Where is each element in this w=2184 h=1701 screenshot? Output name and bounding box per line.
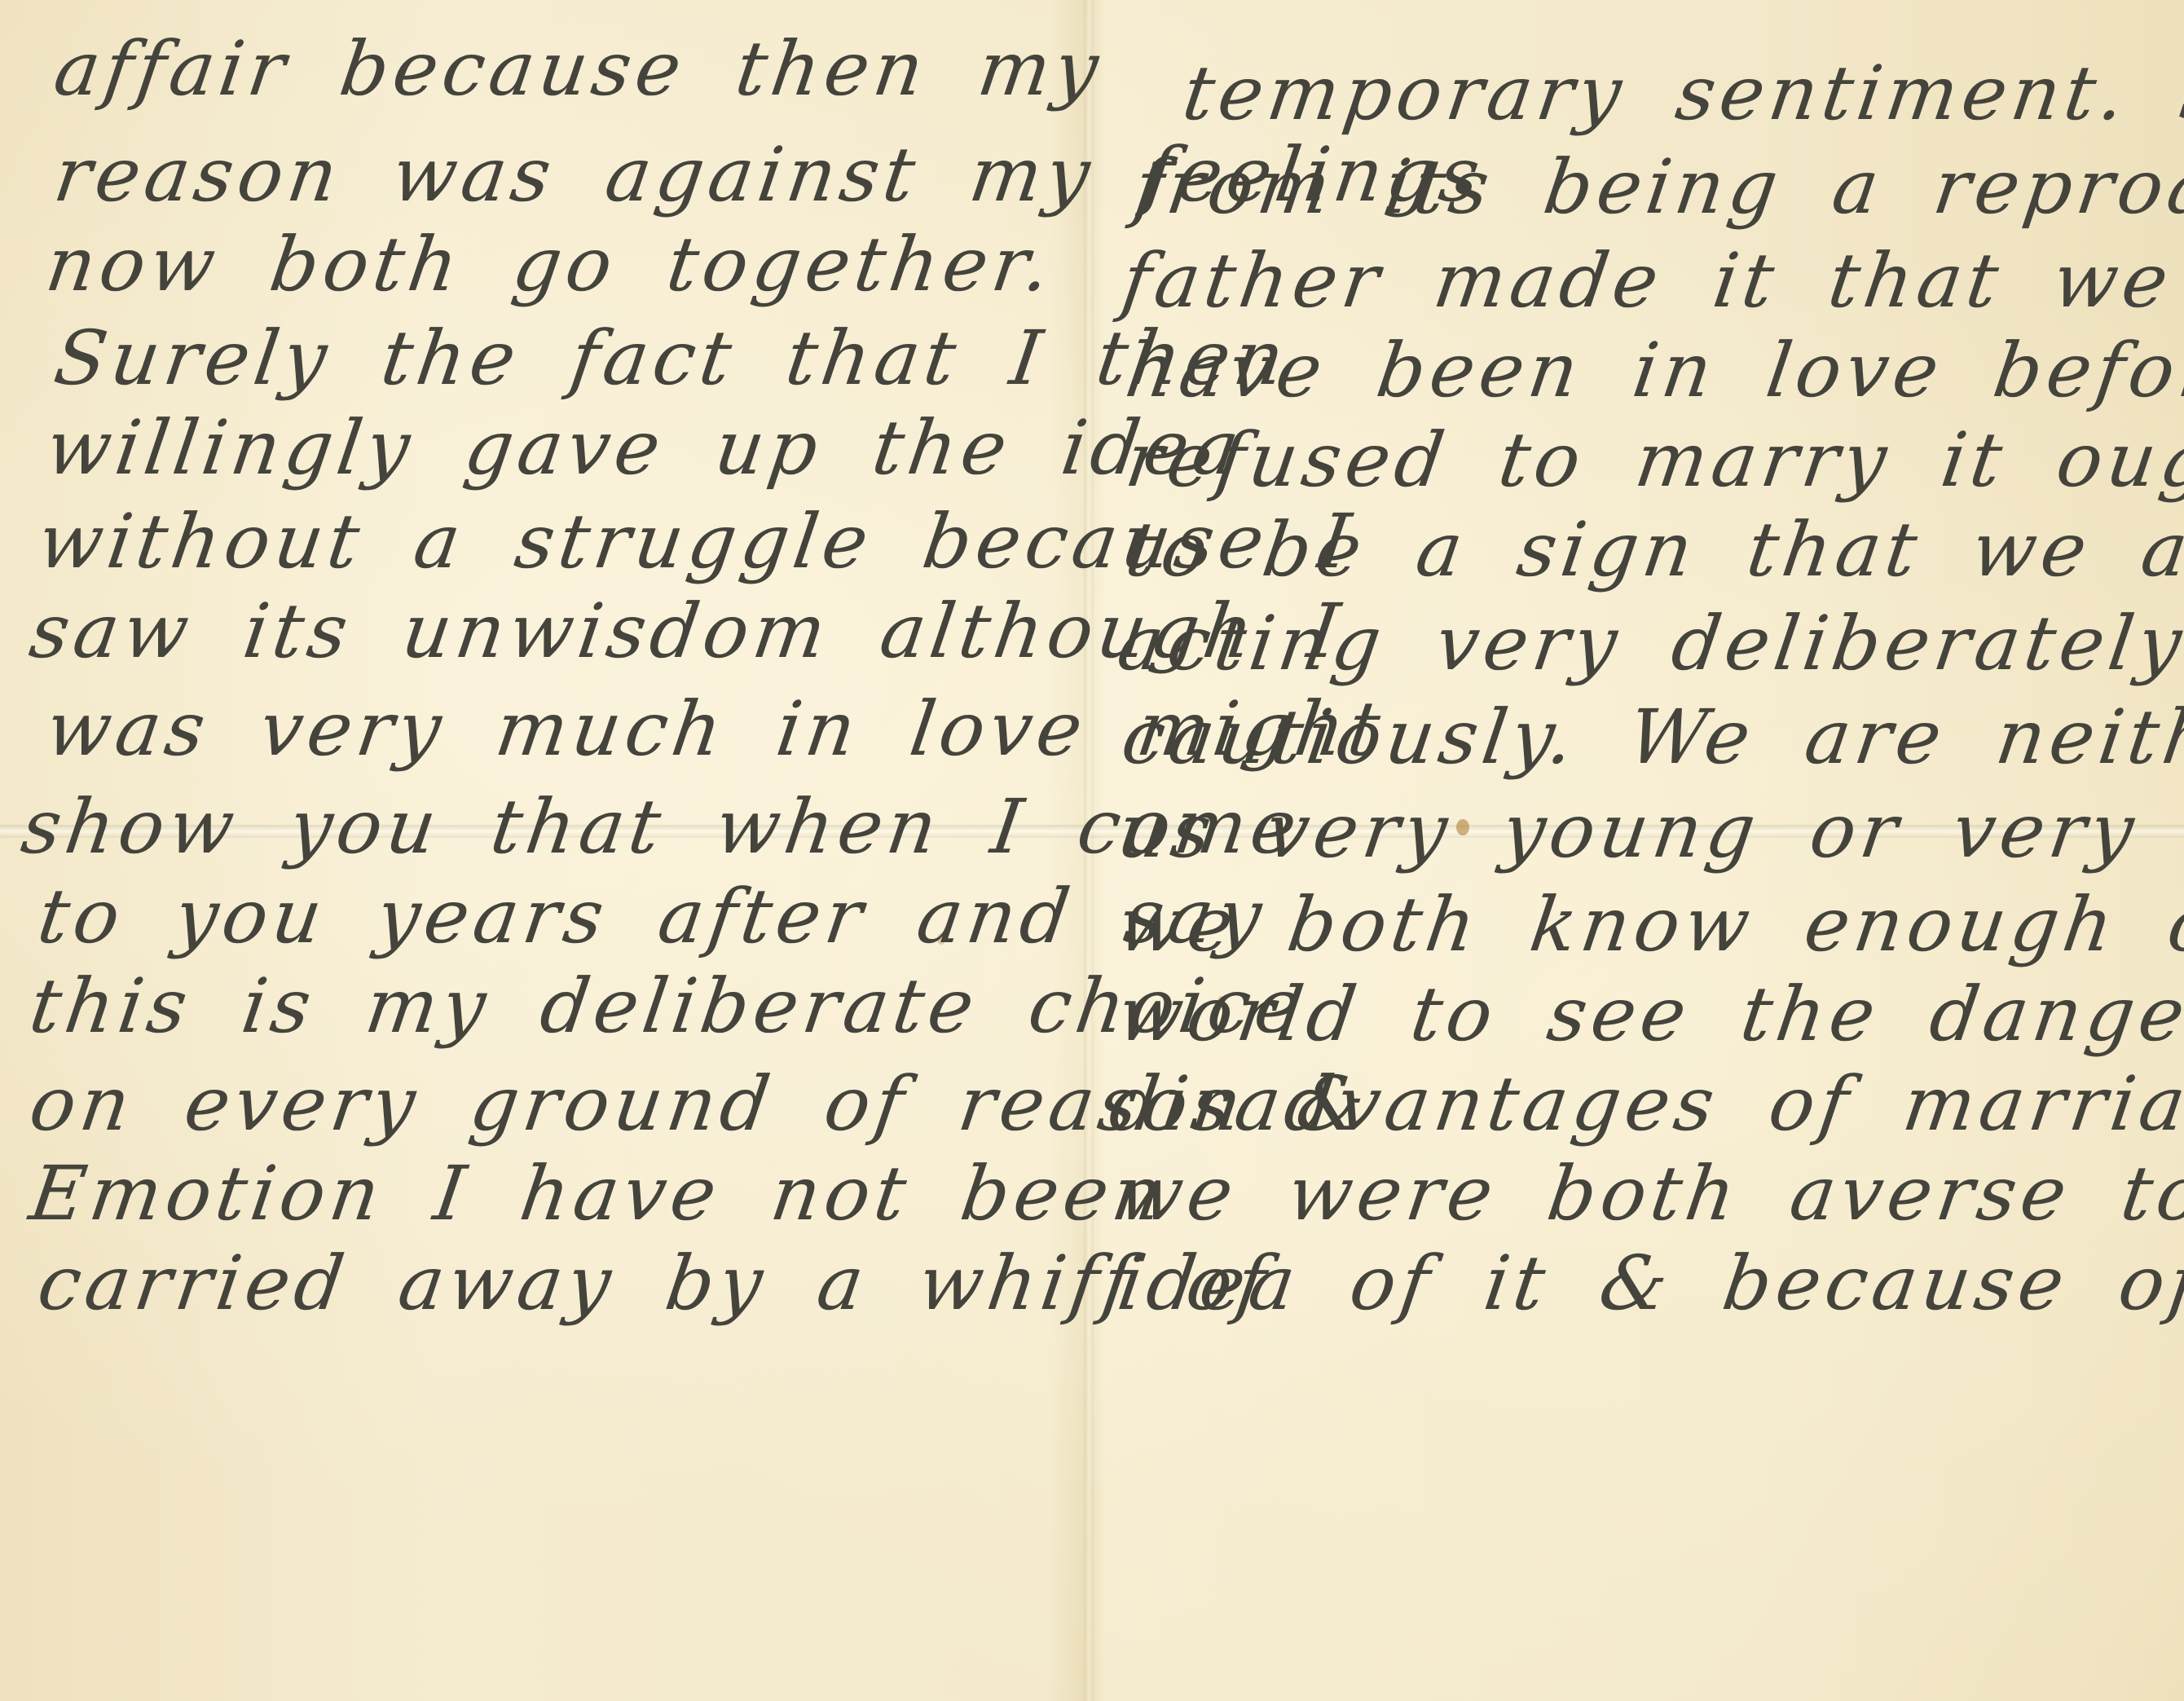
handwritten-line: carried away by a whiff of [33, 1239, 1072, 1329]
handwritten-line: father made it that we [1116, 236, 2168, 326]
letter-sheet: affair because then my reason was agains… [0, 0, 2184, 1701]
handwritten-line: cautiously. We are neither of [1116, 693, 2168, 782]
handwritten-line: from its being a reproach as [1129, 143, 2168, 232]
handwritten-line: reason was against my feelings [49, 130, 1072, 220]
handwritten-line: now both go together. [41, 220, 1072, 310]
handwritten-line: acting very deliberately & [1112, 599, 2168, 689]
handwritten-line: affair because then my [49, 24, 1072, 114]
handwritten-line: show you that when I come [16, 782, 1072, 872]
handwritten-line: world to see the dangers & [1112, 970, 2168, 1060]
handwritten-line: idea of it & because of its [1112, 1239, 2168, 1329]
handwritten-line: we both know enough of the [1112, 880, 2168, 970]
handwritten-line: this is my deliberate choice [24, 962, 1072, 1051]
handwritten-line: refused to marry it ought [1121, 416, 2168, 505]
handwritten-line: saw its unwisdom although I [24, 587, 1072, 676]
handwritten-line: temporary sentiment. So far [1178, 49, 2168, 139]
handwritten-line: have been in love before & [1121, 326, 2168, 416]
handwritten-line: on every ground of reason & [24, 1060, 1072, 1149]
handwritten-line: to be a sign that we are now [1121, 505, 2168, 595]
right-page: temporary sentiment. So far from its bei… [1096, 0, 2180, 1701]
left-page: affair because then my reason was agains… [0, 0, 1084, 1701]
handwritten-line: we were both averse to the [1112, 1149, 2168, 1239]
handwritten-line: without a struggle because I [33, 497, 1072, 587]
handwritten-line: Emotion I have not been [24, 1149, 1072, 1239]
handwritten-line: Surely the fact that I then [49, 314, 1072, 403]
handwritten-line: was very much in love might [41, 685, 1072, 774]
handwritten-line: willingly gave up the idea [41, 403, 1072, 493]
handwritten-line: us very young or very rash [1112, 787, 2168, 876]
handwritten-line: to you years after and say [33, 872, 1072, 962]
handwritten-line: disadvantages of marriage [1104, 1060, 2168, 1149]
